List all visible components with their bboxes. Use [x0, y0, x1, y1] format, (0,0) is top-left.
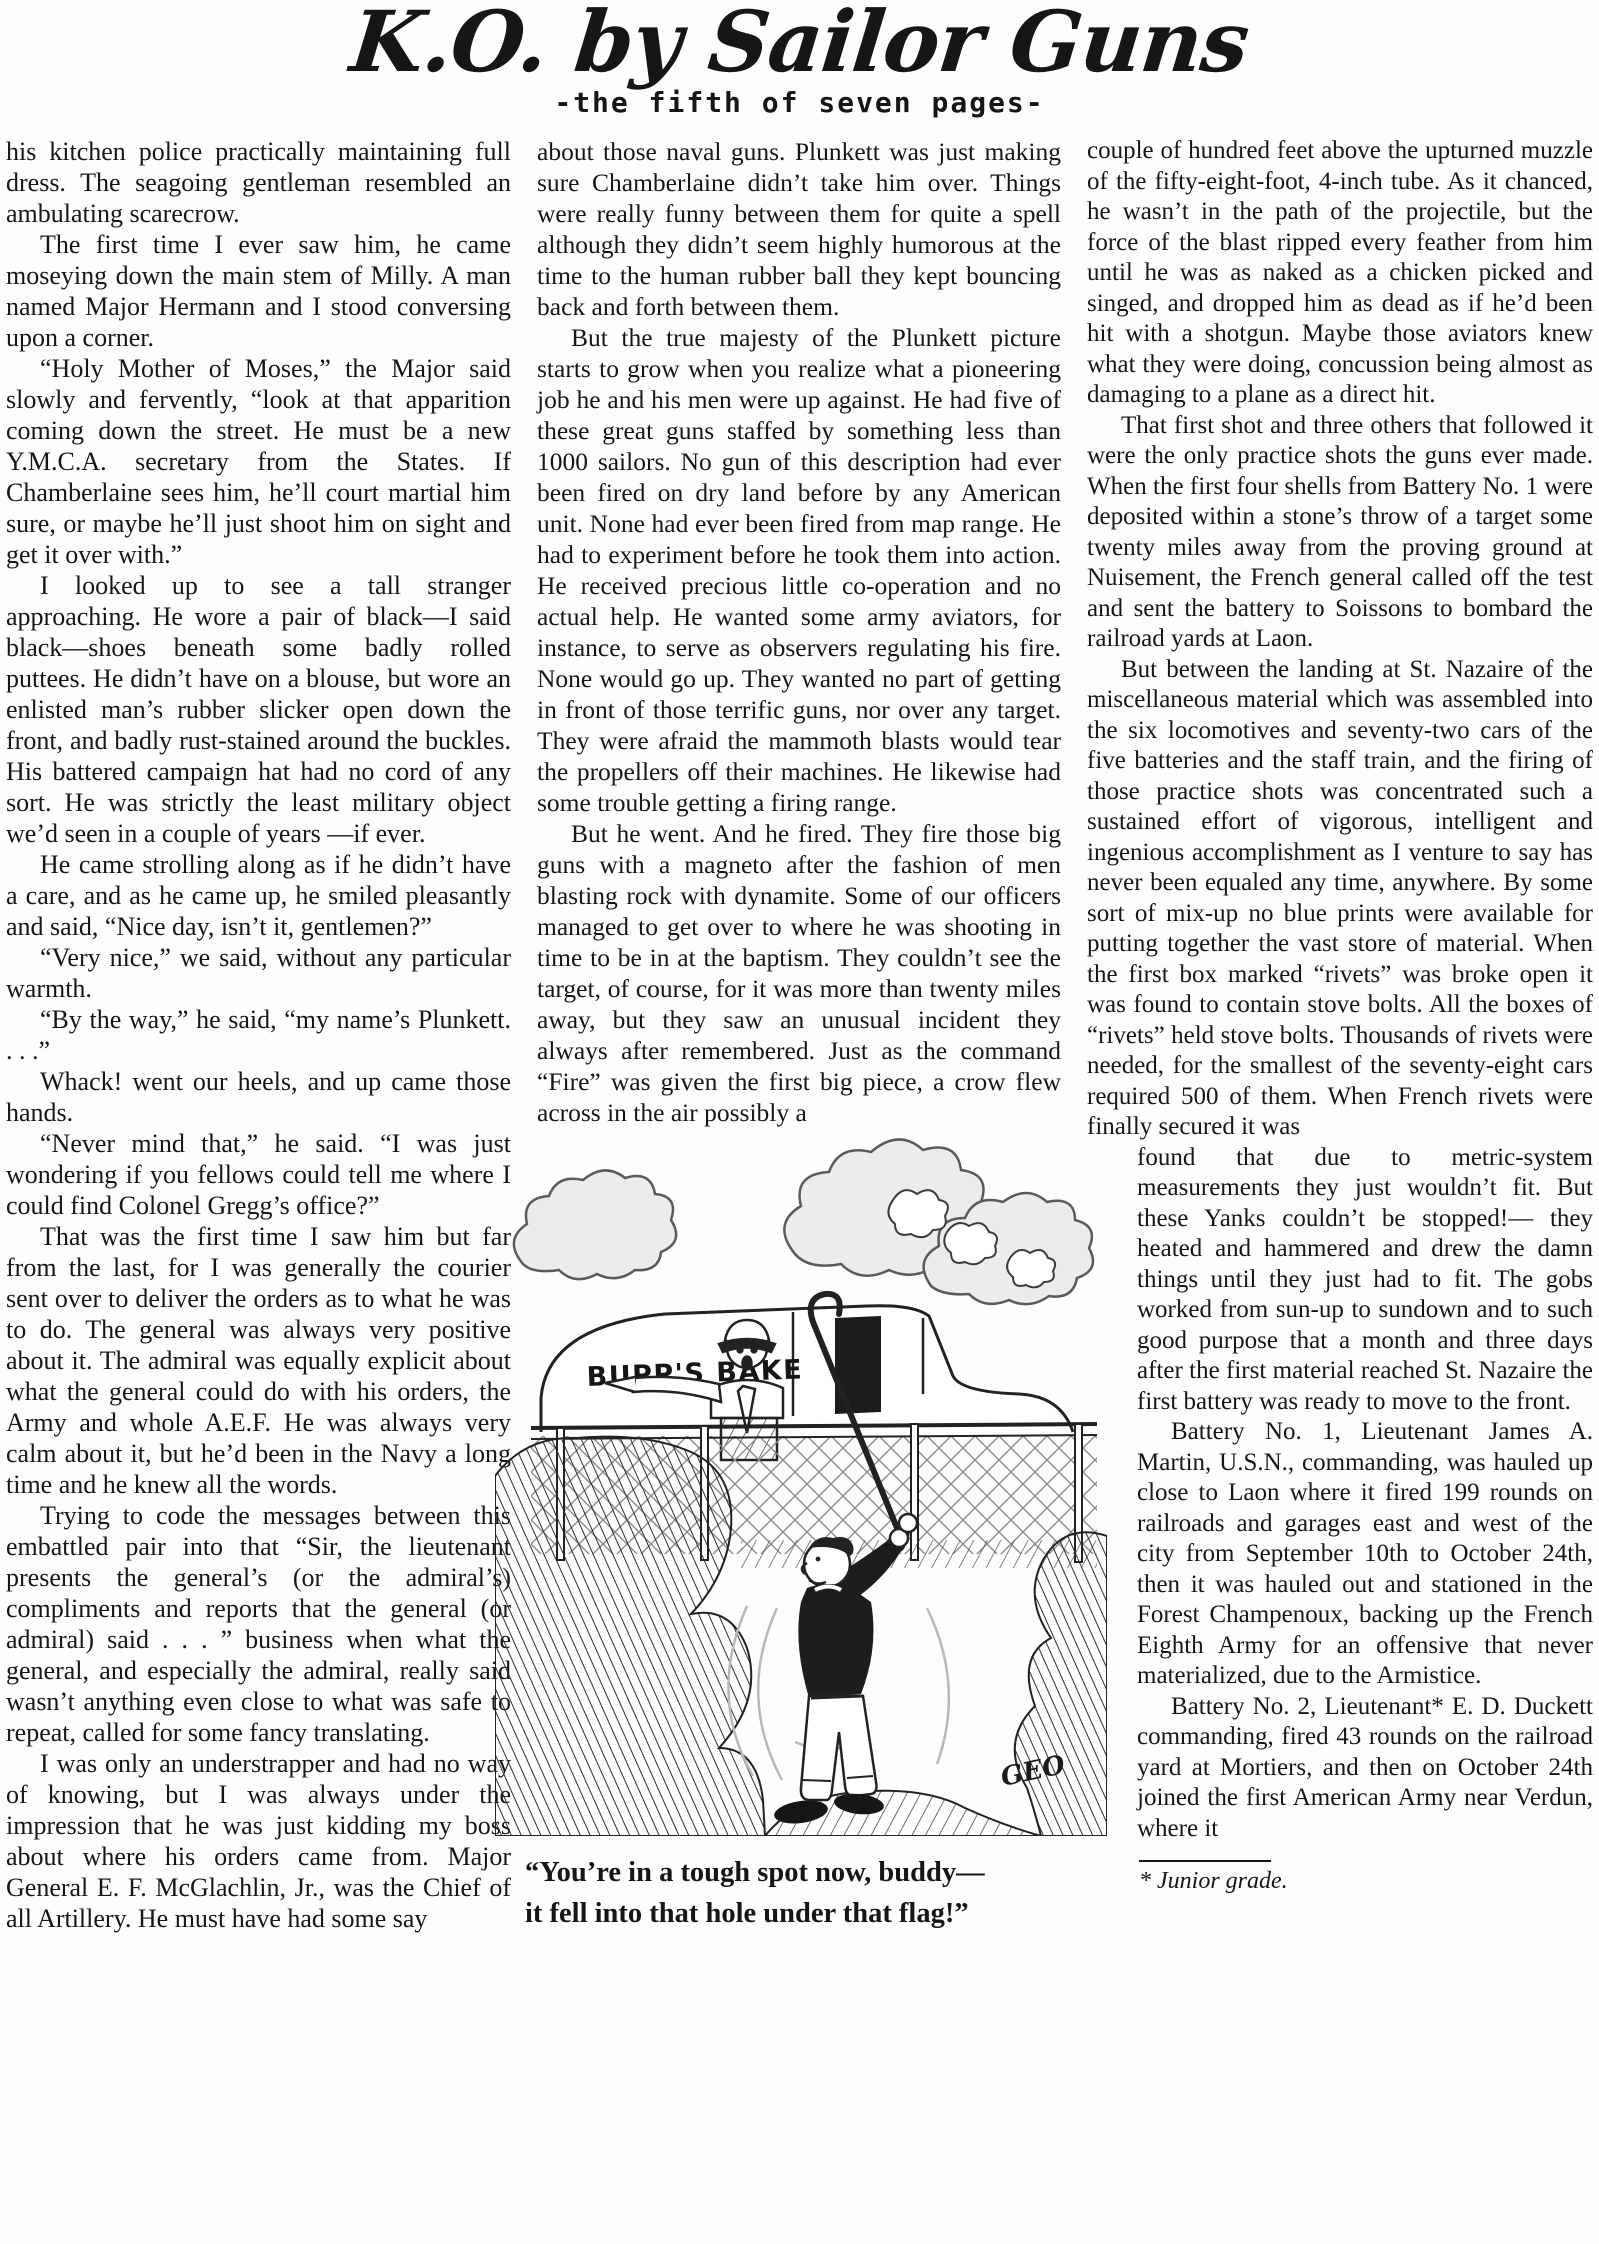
paragraph: couple of hundred feet above the upturne…	[1087, 136, 1593, 411]
cartoon-illustration: BUPP'S BAKE	[495, 1136, 1107, 1836]
paragraph: Whack! went our heels, and up came those…	[6, 1066, 511, 1128]
paragraph: “Holy Mother of Moses,” the Major said s…	[6, 353, 511, 570]
column-1: his kitchen police practically maintaini…	[6, 136, 511, 1934]
paragraph: “Never mind that,” he said. “I was just …	[6, 1128, 511, 1221]
column-3: couple of hundred feet above the upturne…	[1087, 136, 1593, 1934]
caption-line-1: “You’re in a tough spot now, buddy—	[525, 1852, 1085, 1893]
paragraph: That first shot and three others that fo…	[1087, 411, 1593, 655]
article-title: K.O. by Sailor Guns	[2, 2, 1597, 82]
trees	[514, 1139, 1093, 1304]
column-3-wrapped-block: found that due to metric-system measurem…	[1137, 1143, 1593, 1897]
paragraph: Battery No. 1, Lieutenant James A. Marti…	[1137, 1417, 1593, 1692]
paragraph: I looked up to see a tall stranger appro…	[6, 570, 511, 849]
open-mouth	[743, 1357, 752, 1370]
caption-line-2: it fell into that hole under that flag!”	[525, 1893, 1085, 1934]
paragraph: found that due to metric-system measurem…	[1137, 1143, 1593, 1418]
paragraph: The first time I ever saw him, he came m…	[6, 229, 511, 353]
cartoon-figure: BUPP'S BAKE	[495, 1136, 1107, 1934]
footnote: * Junior grade.	[1139, 1866, 1593, 1897]
paragraph: Trying to code the messages between this…	[6, 1500, 511, 1748]
paragraph: That was the first time I saw him but fa…	[6, 1221, 511, 1500]
page-header: K.O. by Sailor Guns -the fifth of seven …	[6, 0, 1593, 132]
bakery-van: BUPP'S BAKE	[541, 1306, 1073, 1432]
hand	[899, 1514, 917, 1532]
paragraph: about those naval guns. Plunkett was jus…	[537, 136, 1061, 322]
article-columns: his kitchen police practically maintaini…	[6, 136, 1593, 1934]
magazine-page: K.O. by Sailor Guns -the fifth of seven …	[0, 0, 1599, 2244]
paragraph: I was only an understrapper and had no w…	[6, 1748, 511, 1934]
paragraph: He came strolling along as if he didn’t …	[6, 849, 511, 942]
paragraph: his kitchen police practically maintaini…	[6, 136, 511, 229]
paragraph: Battery No. 2, Lieutenant* E. D. Duckett…	[1137, 1692, 1593, 1845]
column-2: about those naval guns. Plunkett was jus…	[537, 136, 1061, 1934]
paragraph: But the true majesty of the Plunkett pic…	[537, 322, 1061, 818]
paragraph: “Very nice,” we said, without any partic…	[6, 942, 511, 1004]
cartoon-caption: “You’re in a tough spot now, buddy— it f…	[525, 1852, 1085, 1934]
paragraph: But between the landing at St. Nazaire o…	[1087, 655, 1593, 1143]
paragraph: “By the way,” he said, “my name’s Plunke…	[6, 1004, 511, 1066]
paragraph: But he went. And he fired. They fire tho…	[537, 818, 1061, 1128]
sweater	[798, 1584, 873, 1698]
footnote-rule	[1139, 1860, 1271, 1862]
